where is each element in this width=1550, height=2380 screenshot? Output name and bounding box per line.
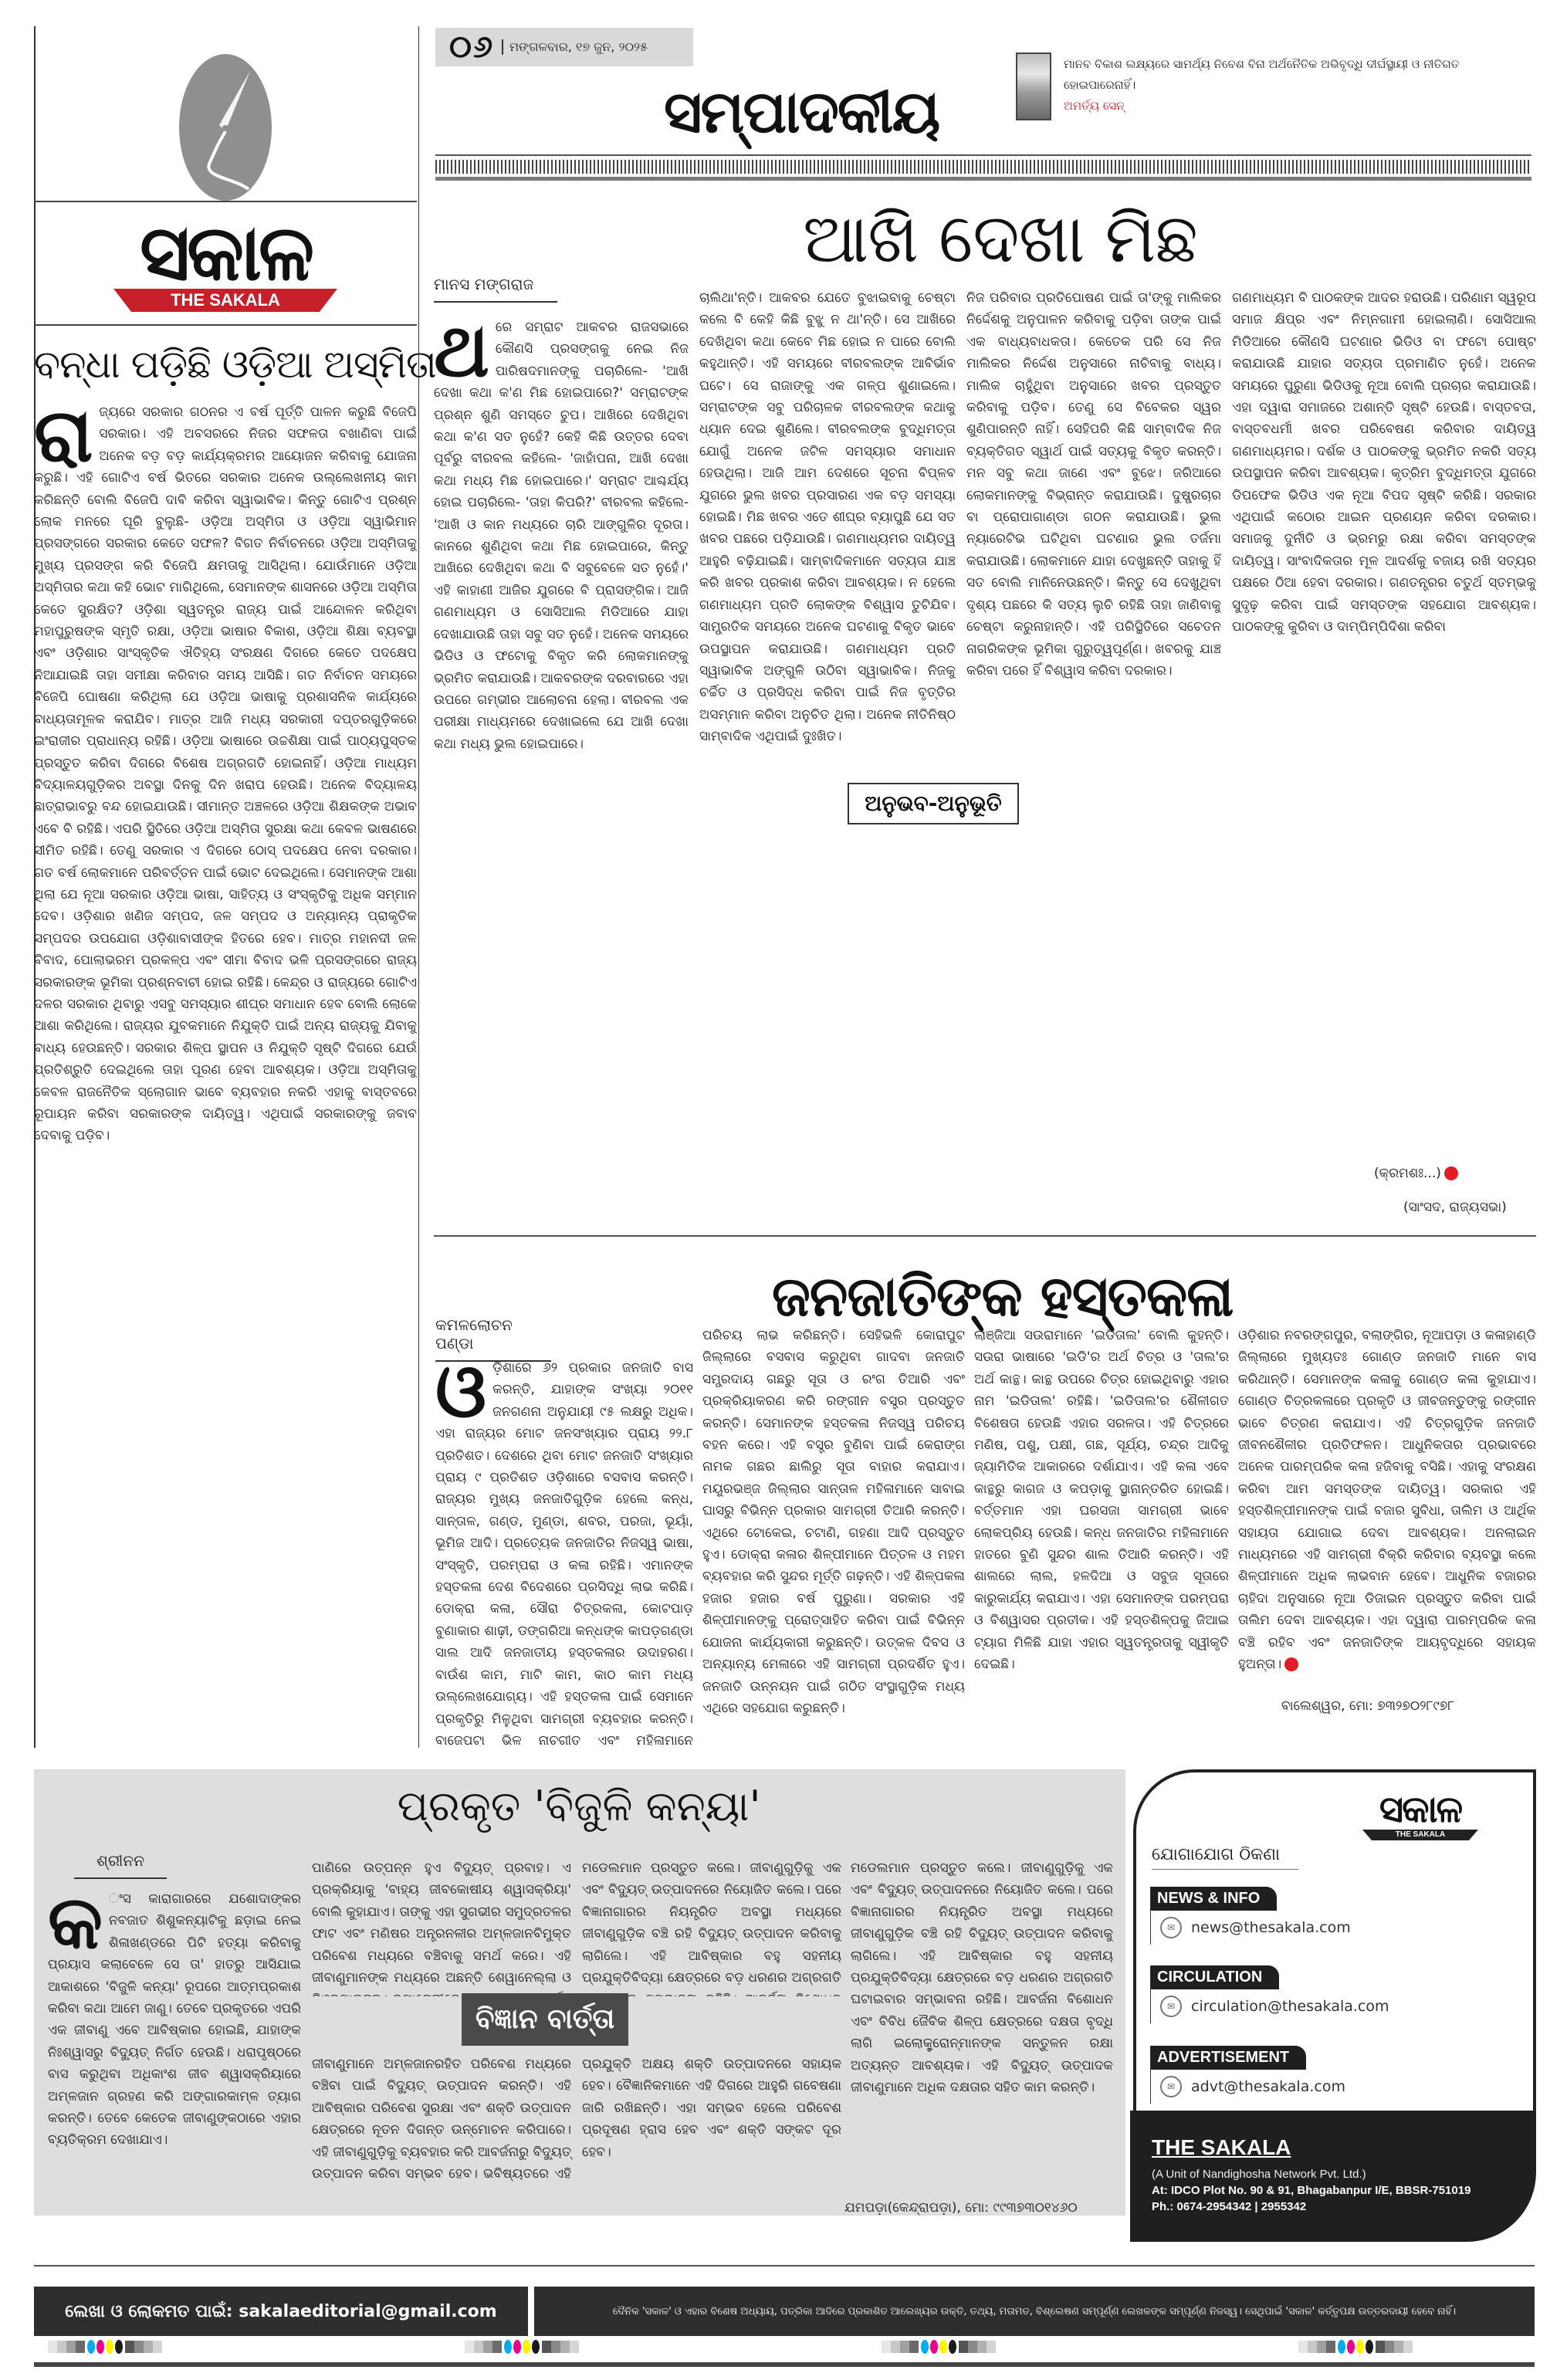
dropcap: ଓ (435, 1360, 486, 1422)
quote-text: ମାନବ ବିକାଶ ଲକ୍ଷ୍ୟରେ ସାମର୍ଥ୍ୟ ନିବେଶ ବିନା … (1064, 57, 1459, 92)
column-divider (418, 26, 419, 1748)
logo-english-banner: THE SAKALA (113, 289, 337, 312)
author-designation: (ସାଂସଦ, ରାଜ୍ୟସଭା) (1403, 1200, 1507, 1215)
color-registration-bar (48, 2338, 1499, 2359)
second-col-3: ଲାଞ୍ଜିଆ ସଉରାମାନେ 'ଇଡିତାଲ' ବୋଲି କୁହନ୍ତି। … (974, 1325, 1229, 1751)
left-column: ସକାଳ THE SAKALA ବନ୍ଧା ପଡ଼ିଛି ଓଡ଼ିଆ ଅସ୍ମି… (34, 23, 417, 1749)
second-article-headline: ଜନଜାତିଙ୍କ ହସ୍ତକଳା (772, 1261, 1204, 1331)
main-editorial-headline: ଆଖି ଦେଖା ମିଛ (803, 196, 1189, 281)
page-number-tab: ୦୬ ମଙ୍ଗଳବାର, ୧୭ ଜୁନ, ୨୦୨୫ (435, 28, 693, 66)
end-dot-icon (1444, 1166, 1458, 1180)
quote-author-photo (1016, 52, 1051, 120)
advertisement-label: ADVERTISEMENT (1151, 2046, 1306, 2070)
circulation-email[interactable]: circulation@thesakala.com (1191, 1998, 1389, 2015)
main-col-3: ନିଜ ପରିବାର ପ୍ରତିପୋଷଣ ପାଇଁ ତା'ଙ୍କୁ ମାଲିକର… (966, 287, 1221, 1227)
article-text: ମଡେଲମାନ ପ୍ରସ୍ତୁତ କଲେ। ଜୀବାଣୁଗୁଡ଼ିକୁ ଏକ ଏ… (582, 1860, 841, 1996)
article-text: ଜୀବାଣୁମାନେ ଅମ୍ଳଜାନରହିତ ପରିବେଶ ମଧ୍ୟରେ ବଞ୍… (312, 2057, 841, 2182)
mail-icon: ✉ (1160, 1917, 1182, 1938)
continued-marker: (କ୍ରମଶଃ...) (1374, 1166, 1458, 1181)
footer-rule (34, 2362, 1535, 2367)
page-number: ୦୬ (449, 29, 494, 65)
publisher-address: At: IDCO Plot No. 90 & 91, Bhagabanpur I… (1152, 2184, 1536, 2197)
second-col-1: ଓ ଡ଼ିଶାରେ ୬୨ ପ୍ରକାର ଜନଜାତି ବାସ କରନ୍ତି, ଯ… (435, 1357, 693, 1751)
contact-logo: ସକାଳ THE SAKALA (1343, 1788, 1498, 1840)
dropcap: ଥ (434, 320, 489, 381)
science-col-4: ମଡେଲମାନ ପ୍ରସ୍ତୁତ କଲେ। ଜୀବାଣୁଗୁଡ଼ିକୁ ଏକ ଏ… (851, 1857, 1113, 2182)
science-col-1: କ ଂସ କାରାଗାରରେ ଯଶୋଦାଙ୍କର ନବଜାତ ଶିଶୁକନ୍ୟା… (48, 1888, 301, 2205)
second-col-4: ଓଡ଼ିଶାର ନବରଙ୍ଗପୁର, ବଲାଙ୍ଗିର, ନୂଆପଡ଼ା ଓ କ… (1238, 1325, 1536, 1672)
article-text: ପରିଚୟ ଲାଭ କରିଛନ୍ତି। ସେହିଭଳି କୋରାପୁଟ ଜିଲ୍… (702, 1328, 965, 1716)
main-col-2: ଚାଲିଥା'ନ୍ତି। ଆକବର ଯେତେ ବୁଝାଇବାକୁ ଚେଷ୍ଟା … (699, 287, 956, 1227)
contact-title: ଯୋଗାଯୋଗ ଠିକଣା (1152, 1845, 1298, 1870)
science-col-3: ମଡେଲମାନ ପ୍ରସ୍ତୁତ କଲେ। ଜୀବାଣୁଗୁଡ଼ିକୁ ଏକ ଏ… (582, 1857, 841, 1996)
contact-news: NEWS & INFO ✉ news@thesakala.com (1150, 1887, 1482, 1945)
article-text: ଗଣମାଧ୍ୟମ ବି ପାଠକଙ୍କ ଆଦର ହରାଉଛି। ପରିଣାମ ସ… (1232, 290, 1536, 635)
main-col-4: ଗଣମାଧ୍ୟମ ବି ପାଠକଙ୍କ ଆଦର ହରାଉଛି। ପରିଣାମ ସ… (1232, 287, 1536, 1160)
publisher-info: THE SAKALA (A Unit of Nandighosha Networ… (1130, 2111, 1536, 2242)
article-text: ମଡେଲମାନ ପ୍ରସ୍ତୁତ କଲେ। ଜୀବାଣୁଗୁଡ଼ିକୁ ଏକ ଏ… (851, 1860, 1113, 2095)
contact-circulation: CIRCULATION ✉ circulation@thesakala.com (1150, 1965, 1482, 2023)
left-editorial-headline: ବନ୍ଧା ପଡ଼ିଛି ଓଡ଼ିଆ ଅସ୍ମିତା (34, 340, 417, 389)
science-col-lower: ଜୀବାଣୁମାନେ ଅମ୍ଳଜାନରହିତ ପରିବେଶ ମଧ୍ୟରେ ବଞ୍… (312, 2053, 841, 2192)
article-text: ନିଜ ପରିବାର ପ୍ରତିପୋଷଣ ପାଇଁ ତା'ଙ୍କୁ ମାଲିକର… (966, 290, 1221, 679)
science-byline: ଶ୍ରୀନନ (74, 1851, 167, 1879)
second-signature: ବାଲେଶ୍ୱର, ମୋ: ୭୩୨୭୦୨୮୯୭୮ (1281, 1698, 1454, 1714)
article-text: ପାଣିରେ ଉତ୍ପନ୍ନ ହୁଏ ବିଦ୍ୟୁତ୍ ପ୍ରବାହ। ଏ ପ୍… (312, 1860, 571, 1996)
dropcap: କ (48, 1891, 103, 1953)
footer-divider (34, 2265, 1535, 2267)
section-title: ସମ୍ପାଦକୀୟ (664, 77, 942, 147)
pen-logo-area (34, 23, 417, 201)
contact-advertisement: ADVERTISEMENT ✉ advt@thesakala.com (1150, 2046, 1482, 2104)
mail-icon: ✉ (1160, 1996, 1182, 2017)
masthead-logo: ସକାଳ THE SAKALA (34, 202, 417, 324)
article-text: ଚାଲିଥା'ନ୍ତି। ଆକବର ଯେତେ ବୁଝାଇବାକୁ ଚେଷ୍ଟା … (699, 290, 956, 744)
science-section-label: ବିଜ୍ଞାନ ବାର୍ତ୍ତା (462, 1993, 628, 2046)
science-col-2: ପାଣିରେ ଉତ୍ପନ୍ନ ହୁଏ ବିଦ୍ୟୁତ୍ ପ୍ରବାହ। ଏ ପ୍… (312, 1857, 571, 1996)
publisher-name: THE SAKALA (1152, 2135, 1536, 2160)
advertisement-email[interactable]: advt@thesakala.com (1191, 2078, 1345, 2095)
pen-nib-icon (179, 54, 272, 201)
publisher-unit: (A Unit of Nandighosha Network Pvt. Ltd.… (1152, 2168, 1536, 2181)
footer-contact: ଲେଖା ଓ ଲୋକମତ ପାଇଁ: sakalaeditorial@gmail… (34, 2287, 528, 2336)
mail-icon: ✉ (1160, 2076, 1182, 2097)
main-byline: ମାନସ ମଙ୍ଗରାଜ (434, 275, 557, 303)
page-date: ମଙ୍ଗଳବାର, ୧୭ ଜୁନ, ୨୦୨୫ (502, 39, 648, 55)
header-rule (435, 154, 1531, 181)
second-byline: କମଳଲୋଚନ ପଣ୍ଡା (435, 1315, 551, 1362)
article-text: ରେ ସମ୍ରାଟ ଆକବର ରାଜସଭାରେ କୌଣସି ପ୍ରସଙ୍ଗକୁ … (434, 320, 689, 752)
science-headline: ପ୍ରକୃତ 'ବିଜୁଳି କନ୍ୟା' (371, 1769, 787, 1843)
main-col-1: ଥ ରେ ସମ୍ରାଟ ଆକବର ରାଜସଭାରେ କୌଣସି ପ୍ରସଙ୍ଗକ… (434, 317, 689, 1227)
kicker-label: ଅନୁଭବ-ଅନୁଭୂତି (848, 783, 1019, 824)
news-email[interactable]: news@thesakala.com (1191, 1919, 1351, 1936)
footer-disclaimer: ଦୈନିକ 'ସକାଳ' ଓ ଏହାର ବିଶେଷ ଅଧ୍ୟାୟ, ପତ୍ରିକ… (534, 2287, 1535, 2336)
quote-block: ମାନବ ବିକାଶ ଲକ୍ଷ୍ୟରେ ସାମର୍ଥ୍ୟ ନିବେଶ ବିନା … (1064, 54, 1527, 117)
science-signature: ଯମପଡ଼ା(କେନ୍ଦ୍ରାପଡ଼ା), ମୋ: ୯୯୩୭୩୦୧୪୬୦ (844, 2200, 1078, 2216)
article-text: ଓଡ଼ିଶାର ନବରଙ୍ଗପୁର, ବଲାଙ୍ଗିର, ନୂଆପଡ଼ା ଓ କ… (1238, 1328, 1536, 1672)
section-divider (434, 1235, 1536, 1237)
article-text: ଜ୍ୟରେ ସରକାର ଗଠନର ଏ ବର୍ଷ ପୂର୍ତ୍ତି ପାଳନ କର… (34, 405, 417, 1143)
quote-author: ଅମର୍ତ୍ୟ ସେନ୍ (1064, 96, 1527, 117)
circulation-label: CIRCULATION (1151, 1965, 1279, 1989)
second-col-2: ପରିଚୟ ଲାଭ କରିଛନ୍ତି। ସେହିଭଳି କୋରାପୁଟ ଜିଲ୍… (702, 1325, 965, 1751)
publisher-phone: Ph.: 0674-2954342 | 2955342 (1152, 2200, 1536, 2213)
article-text: ଲାଞ୍ଜିଆ ସଉରାମାନେ 'ଇଡିତାଲ' ବୋଲି କୁହନ୍ତି। … (974, 1328, 1229, 1672)
dropcap: ରା (34, 405, 93, 466)
news-label: NEWS & INFO (1151, 1887, 1277, 1911)
separator (34, 324, 417, 326)
left-editorial-body: ରା ଜ୍ୟରେ ସରକାର ଗଠନର ଏ ବର୍ଷ ପୂର୍ତ୍ତି ପାଳନ… (34, 401, 417, 1745)
logo-odia: ସକାଳ (140, 215, 311, 292)
end-dot-icon (1284, 1657, 1298, 1671)
